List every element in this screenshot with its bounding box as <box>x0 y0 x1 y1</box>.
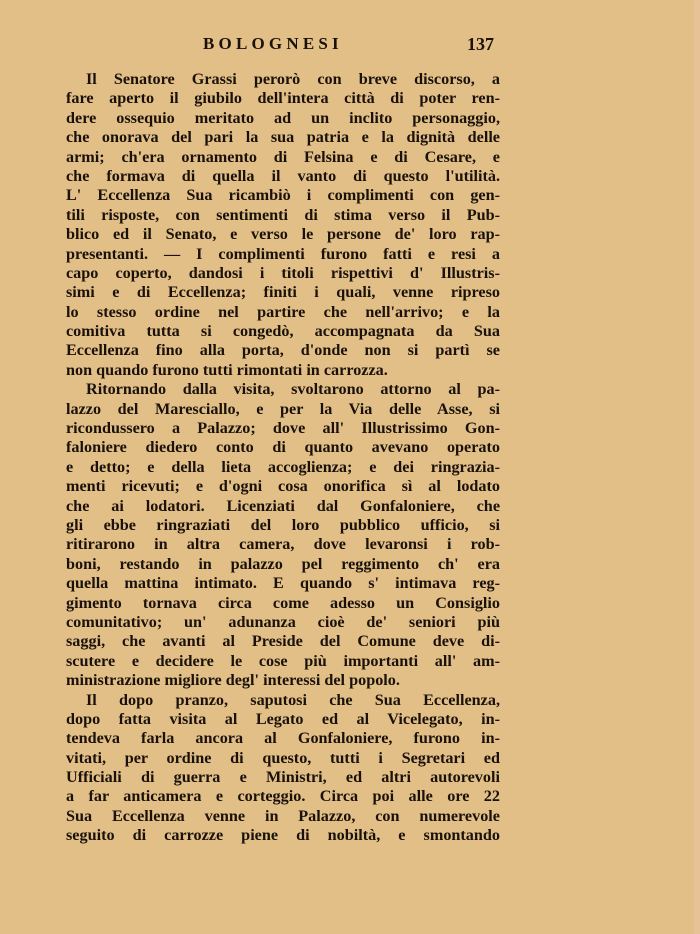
text-line: Il Senatore Grassi perorò con breve disc… <box>66 70 500 89</box>
text-line: Eccellenza fino alla porta, d'onde non s… <box>66 341 500 360</box>
text-line: che ai lodatori. Licenziati dal Gonfalon… <box>66 497 500 516</box>
text-line: a far anticamera e corteggio. Circa poi … <box>66 787 500 806</box>
text-line: Ritornando dalla visita, svoltarono atto… <box>66 380 500 399</box>
text-line: capo coperto, dandosi i titoli rispettiv… <box>66 264 500 283</box>
text-line: gli ebbe ringraziati del loro pubblico u… <box>66 516 500 535</box>
text-line: quella mattina intimato. E quando s' int… <box>66 574 500 593</box>
text-line: simi e di Eccellenza; finiti i quali, ve… <box>66 283 500 302</box>
paragraph: Il Senatore Grassi perorò con breve disc… <box>66 70 500 380</box>
page-edge <box>694 0 700 934</box>
text-line: comunitativo; un' adunanza cioè de' seni… <box>66 613 500 632</box>
text-line: blico ed il Senato, e verso le persone d… <box>66 225 500 244</box>
text-line: ministrazione migliore degl' interessi d… <box>66 671 500 690</box>
text-line: seguito di carrozze piene di nobiltà, e … <box>66 826 500 845</box>
text-line: comitiva tutta si congedò, accompagnata … <box>66 322 500 341</box>
text-line: gimento tornava circa come adesso un Con… <box>66 594 500 613</box>
text-line: faloniere diedero conto di quanto avevan… <box>66 438 500 457</box>
text-line: presentanti. — I complimenti furono fatt… <box>66 245 500 264</box>
text-line: dere ossequio meritato ad un inclito per… <box>66 109 500 128</box>
text-line: armi; ch'era ornamento di Felsina e di C… <box>66 148 500 167</box>
text-line: non quando furono tutti rimontati in car… <box>66 361 500 380</box>
body-text: Il Senatore Grassi perorò con breve disc… <box>66 70 500 846</box>
text-line: Il dopo pranzo, saputosi che Sua Eccelle… <box>66 691 500 710</box>
text-line: e detto; e della lieta accoglienza; e de… <box>66 458 500 477</box>
page-number: 137 <box>467 34 494 55</box>
text-line: Sua Eccellenza venne in Palazzo, con num… <box>66 807 500 826</box>
text-line: che onorava del pari la sua patria e la … <box>66 128 500 147</box>
text-line: fare aperto il giubilo dell'intera città… <box>66 89 500 108</box>
text-line: lazzo del Maresciallo, e per la Via dell… <box>66 400 500 419</box>
running-head: BOLOGNESI 137 <box>66 34 500 58</box>
text-line: Ufficiali di guerra e Ministri, ed altri… <box>66 768 500 787</box>
text-line: menti ricevuti; e d'ogni cosa onorifica … <box>66 477 500 496</box>
book-page: BOLOGNESI 137 Il Senatore Grassi perorò … <box>66 34 500 846</box>
text-line: dopo fatta visita al Legato ed al Vicele… <box>66 710 500 729</box>
text-line: lo stesso ordine nel partire che nell'ar… <box>66 303 500 322</box>
paragraph: Ritornando dalla visita, svoltarono atto… <box>66 380 500 690</box>
running-title: BOLOGNESI <box>203 34 343 54</box>
text-line: L' Eccellenza Sua ricambiò i complimenti… <box>66 186 500 205</box>
paragraph: Il dopo pranzo, saputosi che Sua Eccelle… <box>66 691 500 846</box>
text-line: saggi, che avanti al Preside del Comune … <box>66 632 500 651</box>
text-line: ritirarono in altra camera, dove levaron… <box>66 535 500 554</box>
text-line: ricondussero a Palazzo; dove all' Illust… <box>66 419 500 438</box>
text-line: che formava di quella il vanto di questo… <box>66 167 500 186</box>
text-line: boni, restando in palazzo pel reggimento… <box>66 555 500 574</box>
text-line: tili risposte, con sentimenti di stima v… <box>66 206 500 225</box>
text-line: scutere e decidere le cose più important… <box>66 652 500 671</box>
text-line: vitati, per ordine di questo, tutti i Se… <box>66 749 500 768</box>
text-line: tendeva farla ancora al Gonfaloniere, fu… <box>66 729 500 748</box>
